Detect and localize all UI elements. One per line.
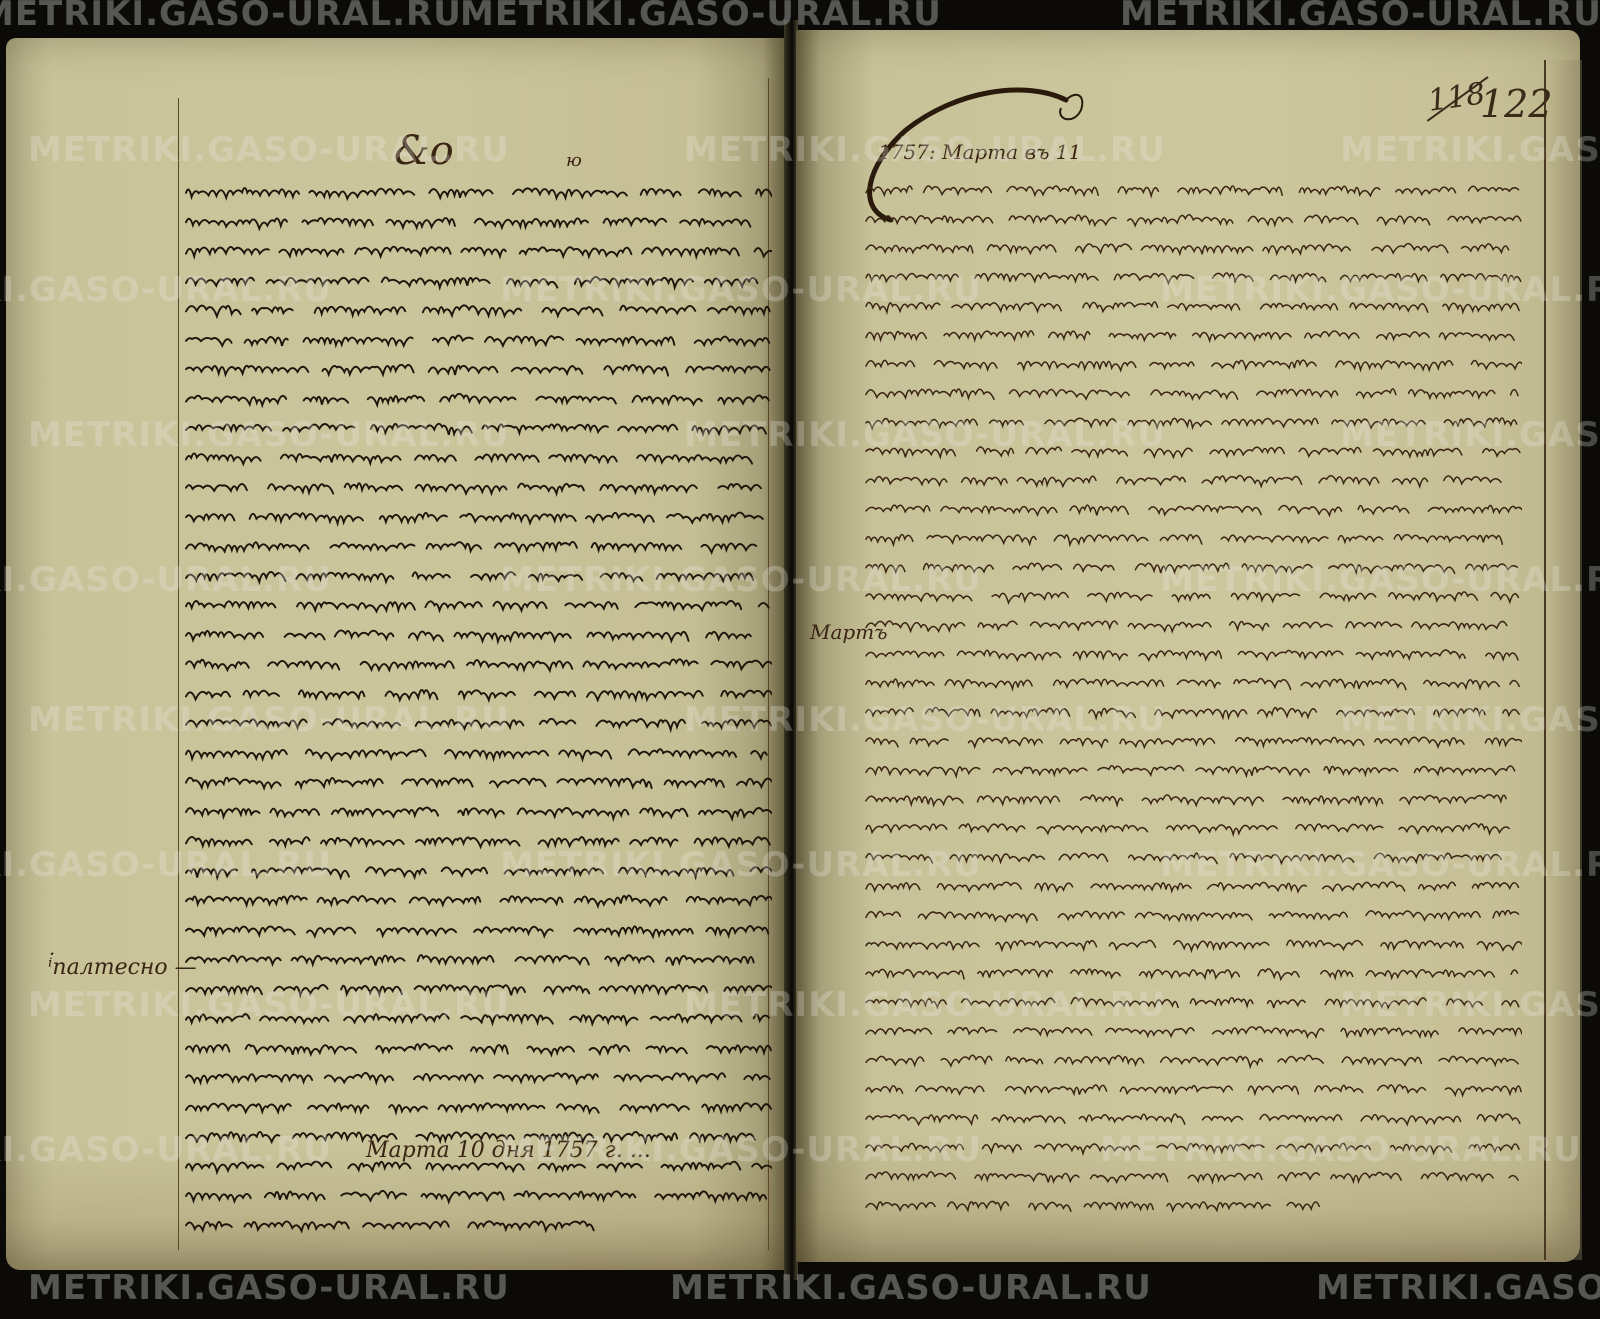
- manuscript-line: [182, 1213, 595, 1235]
- manuscript-line: [862, 758, 1522, 780]
- left-margin-rule: [178, 98, 179, 1250]
- header-flourish: &o: [394, 128, 454, 174]
- watermark: METRIKI.GASO-URAL.RU: [28, 1268, 510, 1308]
- manuscript-line: [182, 1065, 772, 1087]
- manuscript-line: [182, 534, 772, 556]
- manuscript-line: [182, 564, 772, 586]
- manuscript-line: [182, 328, 772, 350]
- manuscript-line: [182, 446, 772, 468]
- manuscript-line: [862, 381, 1522, 403]
- manuscript-line: [862, 265, 1522, 287]
- manuscript-line: [862, 294, 1522, 316]
- manuscript-spread: &o ю Марта 10 дня 1757 г. ... ⁱ̇палтесно…: [0, 0, 1600, 1319]
- manuscript-line: [182, 1006, 772, 1028]
- manuscript-line: [862, 584, 1522, 606]
- watermark: METRIKI.GASO-URAL.RU: [670, 1268, 1152, 1308]
- manuscript-line: [182, 652, 772, 674]
- manuscript-line: [862, 671, 1522, 693]
- manuscript-line: [182, 298, 772, 320]
- manuscript-line: [182, 1183, 772, 1205]
- manuscript-line: [862, 1193, 1324, 1215]
- manuscript-line: [862, 1019, 1522, 1041]
- manuscript-line: [862, 410, 1522, 432]
- manuscript-line: [182, 593, 772, 615]
- manuscript-line: [182, 269, 772, 291]
- watermark: METRIKI.GASO-URAL.RU: [0, 0, 462, 34]
- watermark: METRIKI.GASO-URAL.RU: [460, 0, 942, 34]
- superscript-mark: ю: [566, 150, 582, 171]
- manuscript-line: [862, 642, 1522, 664]
- manuscript-line: [862, 178, 1522, 200]
- manuscript-line: [182, 859, 772, 881]
- manuscript-line: [862, 439, 1522, 461]
- manuscript-line: [862, 903, 1522, 925]
- manuscript-line: [862, 1164, 1522, 1186]
- manuscript-line: [182, 682, 772, 704]
- folio-number: 122: [1480, 82, 1553, 126]
- watermark: METRIKI.GASO-URAL.RU: [1316, 1268, 1600, 1308]
- manuscript-line: [182, 947, 772, 969]
- manuscript-line: [862, 816, 1522, 838]
- left-page: &o ю Марта 10 дня 1757 г. ...: [6, 38, 786, 1270]
- manuscript-line: [182, 770, 772, 792]
- manuscript-line: [182, 888, 772, 910]
- manuscript-line: [182, 918, 772, 940]
- manuscript-line: [862, 555, 1522, 577]
- manuscript-line: [862, 961, 1522, 983]
- manuscript-line: [862, 236, 1522, 258]
- manuscript-line: [182, 829, 772, 851]
- watermark: METRIKI.GASO-URAL.RU: [1120, 0, 1600, 34]
- manuscript-line: [862, 729, 1522, 751]
- manuscript-line: [862, 990, 1522, 1012]
- manuscript-line: [182, 505, 772, 527]
- closing-date-line: Марта 10 дня 1757 г. ...: [366, 1138, 651, 1163]
- manuscript-line: [862, 323, 1522, 345]
- right-page: [796, 30, 1580, 1262]
- manuscript-line: [182, 416, 772, 438]
- manuscript-line: [862, 526, 1522, 548]
- manuscript-line: [862, 468, 1522, 490]
- manuscript-line: [862, 1077, 1522, 1099]
- manuscript-line: [862, 497, 1522, 519]
- manuscript-line: [182, 180, 772, 202]
- manuscript-line: [182, 1036, 772, 1058]
- margin-note-right: Мартъ: [810, 620, 888, 644]
- manuscript-line: [182, 741, 772, 763]
- page-edge: [1544, 60, 1582, 1260]
- manuscript-line: [862, 787, 1522, 809]
- manuscript-line: [862, 1135, 1522, 1157]
- manuscript-line: [182, 800, 772, 822]
- manuscript-line: [182, 357, 772, 379]
- manuscript-line: [862, 874, 1522, 896]
- manuscript-line: [182, 1095, 772, 1117]
- manuscript-line: [182, 210, 772, 232]
- manuscript-line: [862, 845, 1522, 867]
- manuscript-line: [862, 700, 1522, 722]
- manuscript-line: [862, 1048, 1522, 1070]
- manuscript-line: [182, 387, 772, 409]
- manuscript-line: [862, 207, 1522, 229]
- manuscript-line: [182, 239, 772, 261]
- manuscript-line: [182, 711, 772, 733]
- manuscript-line: [862, 613, 1522, 635]
- manuscript-line: [182, 977, 772, 999]
- manuscript-line: [182, 623, 772, 645]
- manuscript-line: [862, 1106, 1522, 1128]
- manuscript-line: [182, 475, 772, 497]
- manuscript-line: [862, 352, 1522, 374]
- margin-note-left: ⁱ̇палтесно —: [48, 955, 197, 980]
- date-heading: 1757: Марта въ 11: [878, 140, 1081, 164]
- manuscript-line: [862, 932, 1522, 954]
